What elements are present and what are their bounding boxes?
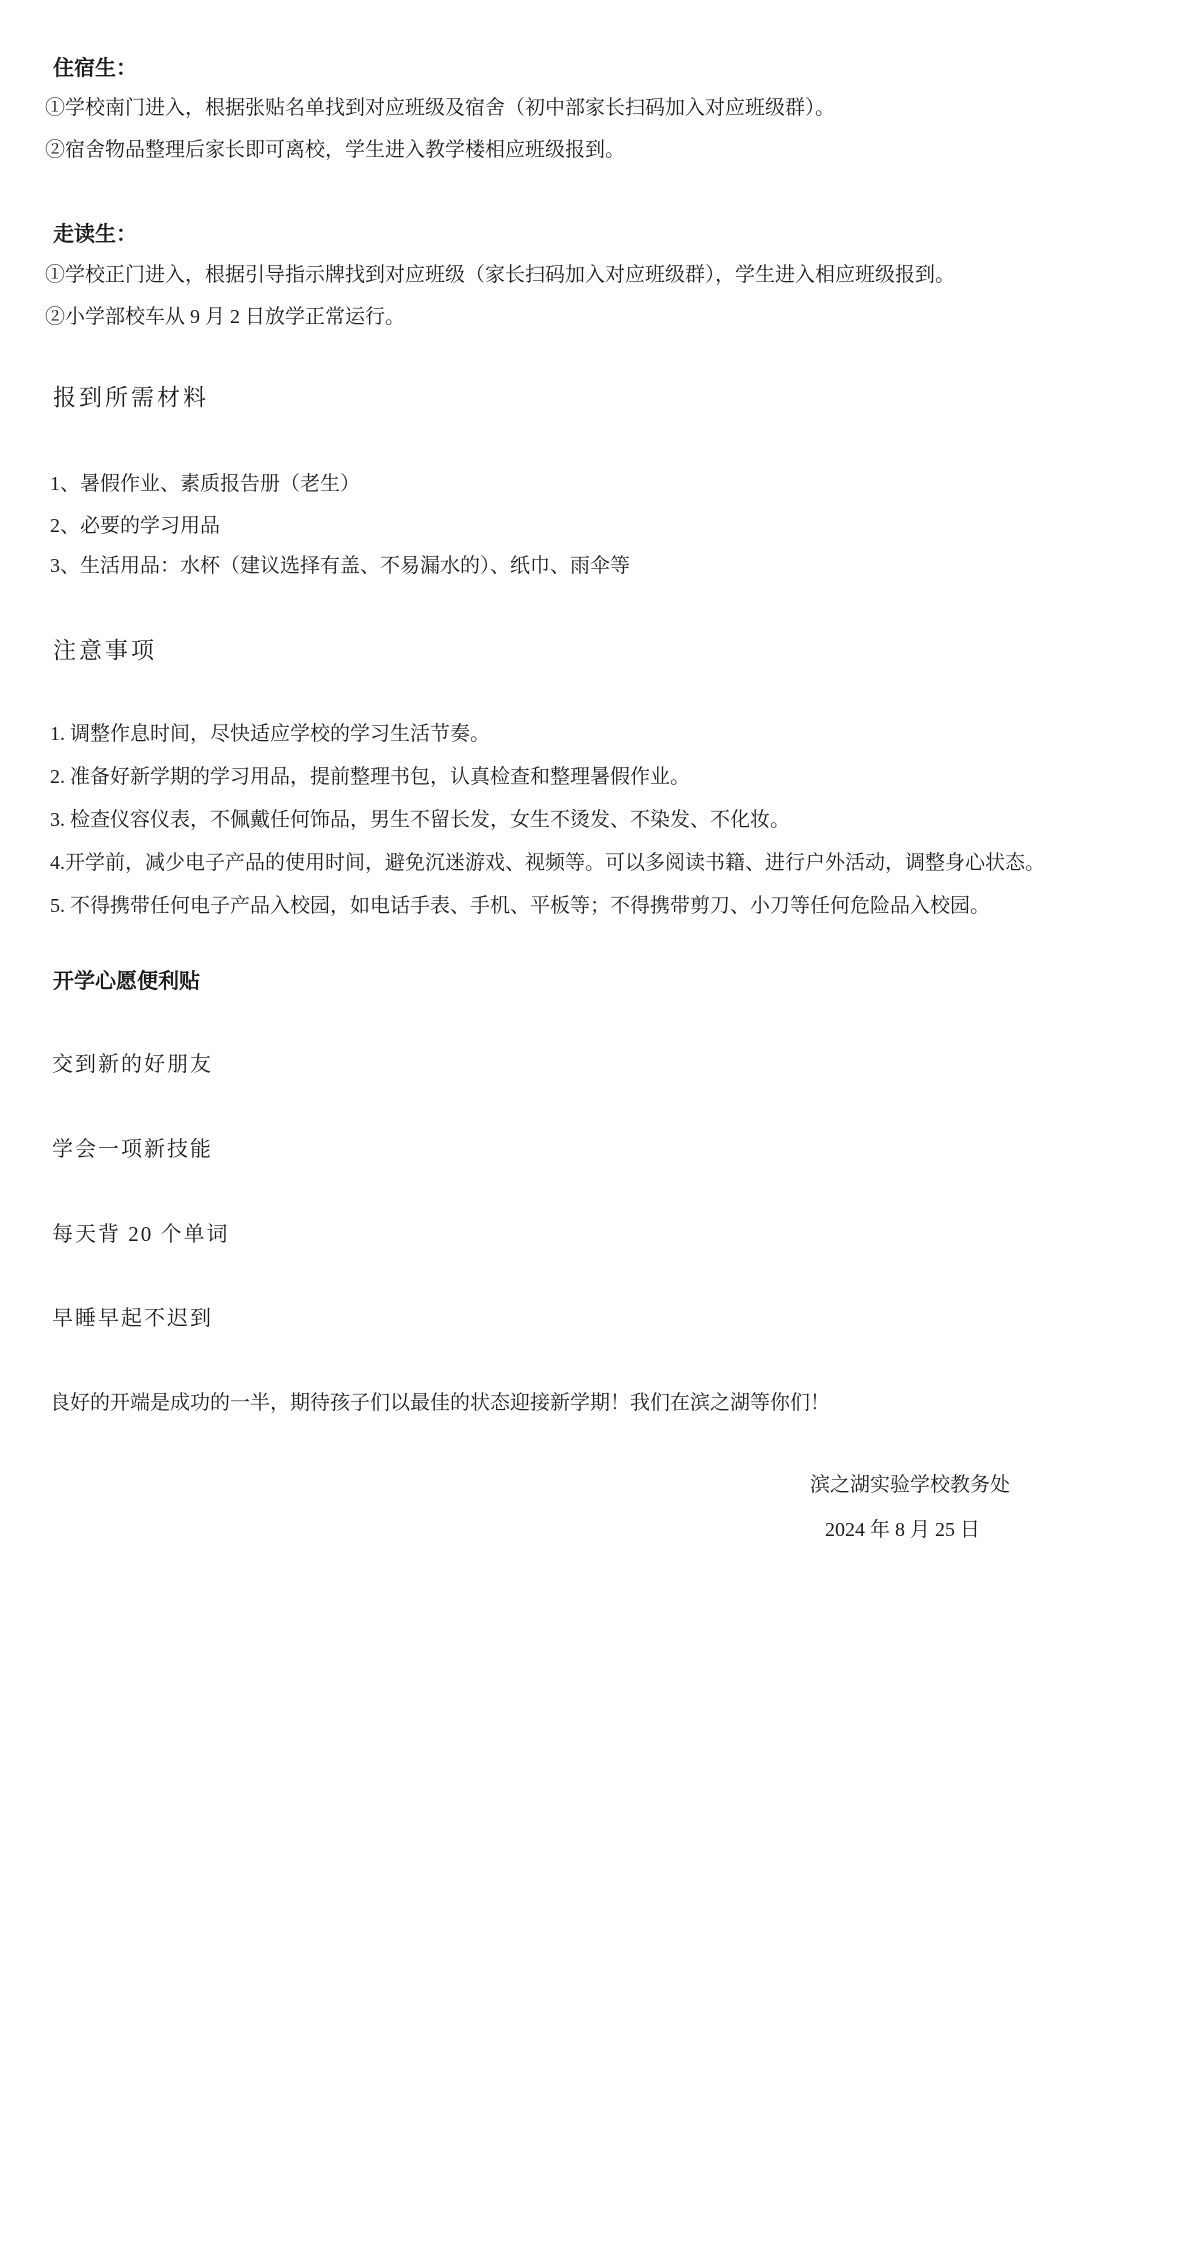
wish-item-4: 早睡早起不迟到: [52, 1305, 213, 1331]
day-students-heading: 走读生：: [53, 222, 137, 248]
closing-paragraph: 良好的开端是成功的一半，期待孩子们以最佳的状态迎接新学期！我们在滨之湖等你们！: [50, 1391, 830, 1416]
wish-item-3: 每天背 20 个单词: [52, 1221, 230, 1247]
notes-section-heading: 注意事项: [53, 637, 157, 666]
notes-item-5: 5. 不得携带任何电子产品入校园，如电话手表、手机、平板等；不得携带剪刀、小刀等…: [50, 894, 990, 919]
notice-document-page: 住宿生： ①学校南门进入，根据张贴名单找到对应班级及宿舍（初中部家长扫码加入对应…: [0, 0, 1191, 2268]
materials-item-1: 1、暑假作业、素质报告册（老生）: [50, 472, 360, 497]
boarding-item-1: ①学校南门进入，根据张贴名单找到对应班级及宿舍（初中部家长扫码加入对应班级群）。: [45, 96, 835, 121]
materials-item-3: 3、生活用品：水杯（建议选择有盖、不易漏水的）、纸巾、雨伞等: [50, 554, 630, 579]
wish-item-2: 学会一项新技能: [52, 1136, 213, 1162]
day-students-item-1: ①学校正门进入，根据引导指示牌找到对应班级（家长扫码加入对应班级群），学生进入相…: [45, 263, 955, 288]
signature-organization: 滨之湖实验学校教务处: [810, 1473, 1010, 1498]
boarding-students-heading: 住宿生：: [53, 56, 137, 82]
notes-item-1: 1. 调整作息时间，尽快适应学校的学习生活节奏。: [50, 722, 490, 747]
materials-item-2: 2、必要的学习用品: [50, 514, 220, 539]
boarding-item-2: ②宿舍物品整理后家长即可离校，学生进入教学楼相应班级报到。: [45, 138, 625, 163]
signature-date: 2024 年 8 月 25 日: [825, 1518, 980, 1543]
materials-section-heading: 报到所需材料: [53, 384, 209, 413]
wish-item-1: 交到新的好朋友: [52, 1051, 213, 1077]
notes-item-2: 2. 准备好新学期的学习用品，提前整理书包，认真检查和整理暑假作业。: [50, 765, 690, 790]
notes-item-3: 3. 检查仪容仪表，不佩戴任何饰品，男生不留长发，女生不烫发、不染发、不化妆。: [50, 808, 790, 833]
day-students-item-2: ②小学部校车从 9 月 2 日放学正常运行。: [45, 305, 405, 330]
notes-item-4: 4.开学前，减少电子产品的使用时间，避免沉迷游戏、视频等。可以多阅读书籍、进行户…: [50, 851, 1045, 876]
wishes-section-heading: 开学心愿便利贴: [53, 969, 200, 995]
